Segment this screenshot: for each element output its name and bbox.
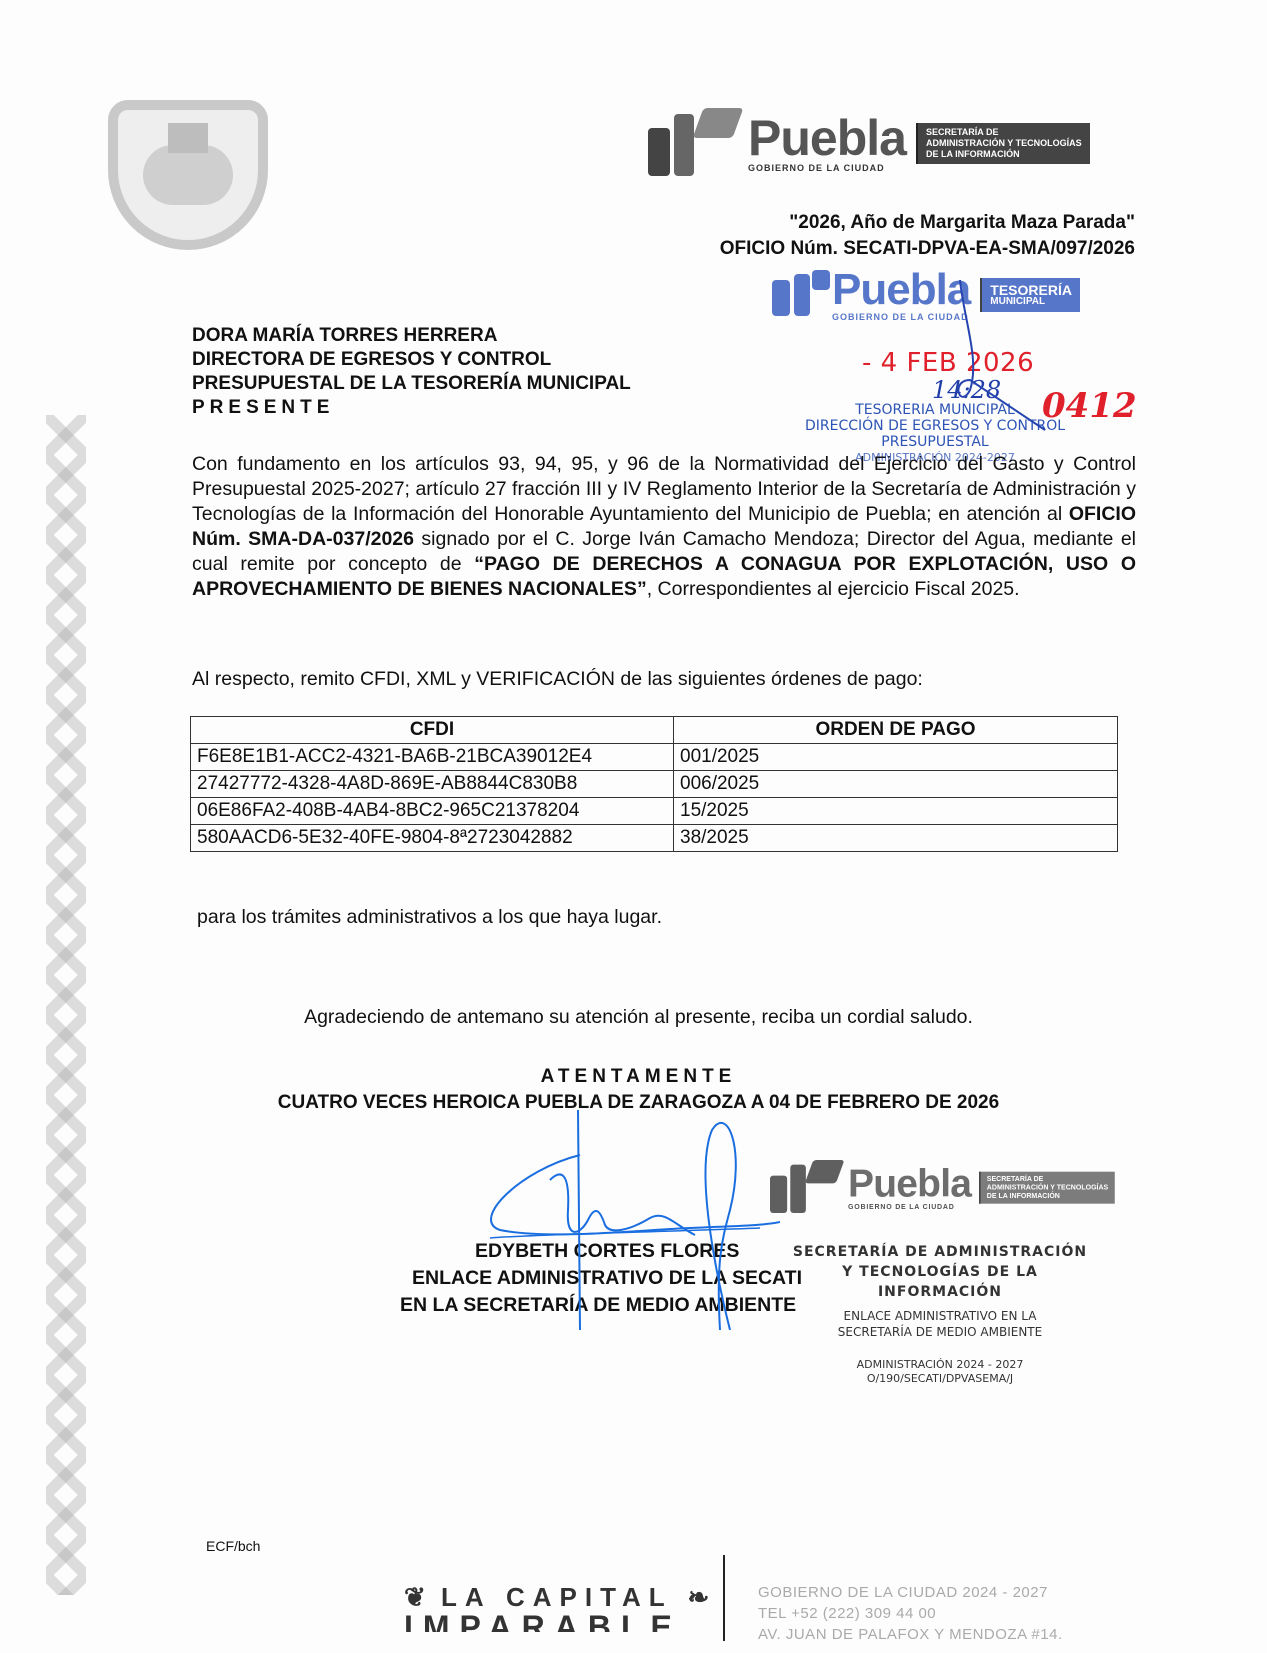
puebla-emblem-icon	[648, 108, 748, 178]
cfdi-cell: 27427772-4328-4A8D-869E-AB8844C830B8	[191, 771, 674, 798]
payment-orders-table: CFDI ORDEN DE PAGO F6E8E1B1-ACC2-4321-BA…	[190, 716, 1118, 852]
body-paragraph: Con fundamento en los artículos 93, 94, …	[192, 452, 1136, 602]
closing-line-greeting: Agradeciendo de antemano su atención al …	[0, 1006, 1267, 1029]
cfdi-cell: F6E8E1B1-ACC2-4321-BA6B-21BCA39012E4	[191, 744, 674, 771]
orden-cell: 15/2025	[674, 798, 1118, 825]
city-coat-of-arms	[108, 100, 268, 250]
recipient-title-1: DIRECTORA DE EGRESOS Y CONTROL	[192, 348, 631, 372]
table-row: 580AACD6-5E32-40FE-9804-8ª2723042882 38/…	[191, 825, 1118, 852]
crest-castle-icon	[143, 145, 233, 205]
table-header-row: CFDI ORDEN DE PAGO	[191, 717, 1118, 744]
atentamente-label: ATENTAMENTE	[0, 1066, 1267, 1088]
logo-wordmark: Puebla	[748, 113, 906, 163]
closing-line-procedures: para los trámites administrativos a los …	[197, 906, 662, 929]
year-motto: "2026, Año de Margarita Maza Parada"	[720, 210, 1135, 236]
orden-cell: 006/2025	[674, 771, 1118, 798]
cfdi-cell: 580AACD6-5E32-40FE-9804-8ª2723042882	[191, 825, 674, 852]
orden-cell: 001/2025	[674, 744, 1118, 771]
puebla-header-logo: Puebla GOBIERNO DE LA CIUDAD SECRETARÍA …	[648, 108, 1090, 178]
puebla-emblem-icon	[770, 1160, 848, 1215]
table-row: 27427772-4328-4A8D-869E-AB8844C830B8 006…	[191, 771, 1118, 798]
footer-contact-info: GOBIERNO DE LA CIUDAD 2024 - 2027 TEL +5…	[758, 1582, 1063, 1645]
footer-brand: ❦ LA CAPITAL ❧ IMPARABLE	[404, 1582, 709, 1632]
footer-divider	[723, 1555, 725, 1641]
column-header-orden: ORDEN DE PAGO	[674, 717, 1118, 744]
column-header-cfdi: CFDI	[191, 717, 674, 744]
initials-reference: ECF/bch	[206, 1538, 260, 1554]
document-header: "2026, Año de Margarita Maza Parada" OFI…	[720, 210, 1135, 262]
handwritten-signature	[460, 1110, 780, 1330]
department-label: SECRETARÍA DE ADMINISTRACIÓN Y TECNOLOGÍ…	[916, 123, 1090, 164]
table-intro: Al respecto, remito CFDI, XML y VERIFICA…	[192, 668, 923, 691]
cfdi-cell: 06E86FA2-408B-4AB4-8BC2-965C21378204	[191, 798, 674, 825]
recipient-block: DORA MARÍA TORRES HERRERA DIRECTORA DE E…	[192, 324, 631, 420]
wing-left-icon: ❦	[404, 1582, 426, 1612]
recipient-title-2: PRESUPUESTAL DE LA TESORERÍA MUNICIPAL	[192, 372, 631, 396]
wing-right-icon: ❧	[687, 1582, 709, 1612]
presente-label: PRESENTE	[192, 396, 631, 420]
table-row: F6E8E1B1-ACC2-4321-BA6B-21BCA39012E4 001…	[191, 744, 1118, 771]
puebla-emblem-icon	[772, 270, 832, 320]
secati-stamp-logo: Puebla GOBIERNO DE LA CIUDAD SECRETARÍA …	[770, 1160, 1114, 1215]
oficio-number: OFICIO Núm. SECATI-DPVA-EA-SMA/097/2026	[720, 236, 1135, 262]
decorative-border-pattern	[34, 415, 96, 1595]
orden-cell: 38/2025	[674, 825, 1118, 852]
recipient-name: DORA MARÍA TORRES HERRERA	[192, 324, 631, 348]
stamp-signature-stroke	[950, 280, 1050, 440]
logo-subtitle: GOBIERNO DE LA CIUDAD	[748, 163, 906, 173]
table-row: 06E86FA2-408B-4AB4-8BC2-965C21378204 15/…	[191, 798, 1118, 825]
